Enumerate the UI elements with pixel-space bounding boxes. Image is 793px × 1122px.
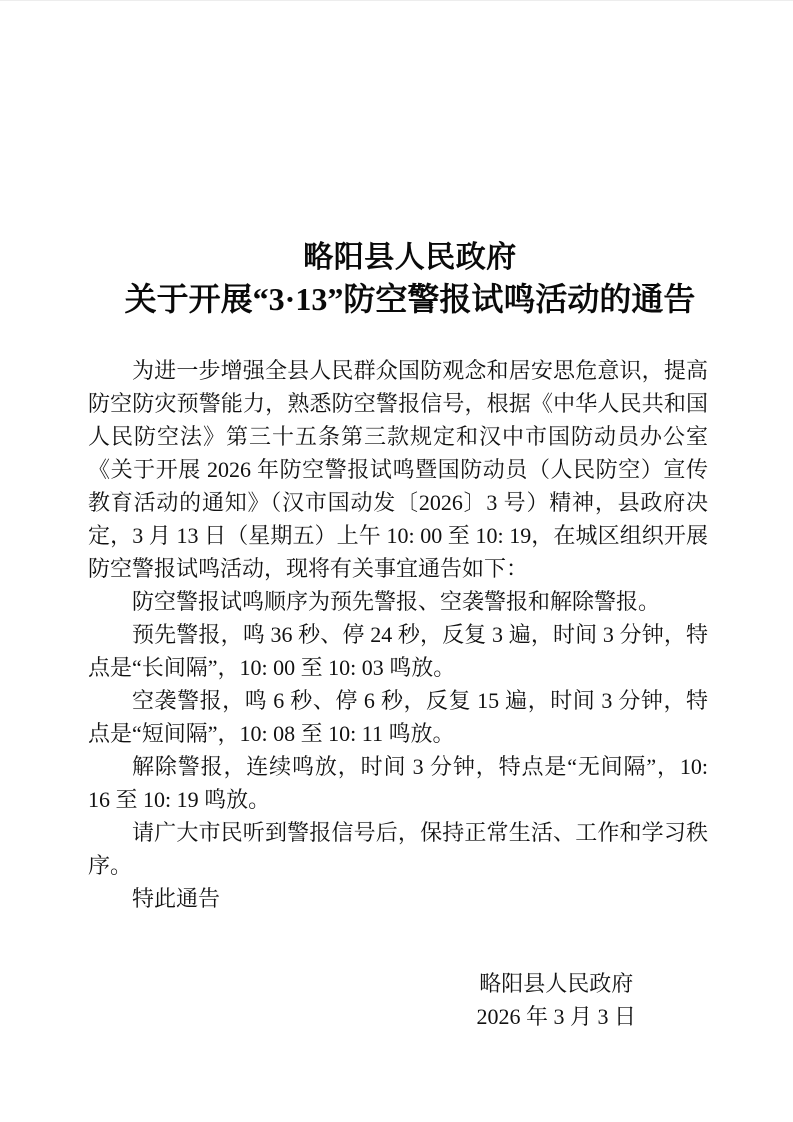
signature-date: 2026 年 3 月 3 日 — [476, 1000, 636, 1033]
document-title-issuer: 略阳县人民政府 — [100, 238, 720, 278]
body-paragraph-intro: 为进一步增强全县人民群众国防观念和居安思危意识，提高防空防灾预警能力，熟悉防空警… — [88, 354, 708, 585]
document-page: 略阳县人民政府 关于开展“3·13”防空警报试鸣活动的通告 为进一步增强全县人民… — [0, 0, 793, 1122]
body-paragraph-pre-alarm: 预先警报，鸣 36 秒、停 24 秒，反复 3 遍，时间 3 分钟，特点是“长间… — [88, 618, 708, 684]
signature-block: 略阳县人民政府 2026 年 3 月 3 日 — [476, 967, 636, 1033]
body-paragraph-closing: 特此通告 — [88, 882, 708, 915]
body-paragraph-public-notice: 请广大市民听到警报信号后，保持正常生活、工作和学习秩序。 — [88, 816, 708, 882]
body-paragraph-all-clear-alarm: 解除警报，连续鸣放，时间 3 分钟，特点是“无间隔”，10: 16 至 10: … — [88, 750, 708, 816]
body-paragraph-sequence: 防空警报试鸣顺序为预先警报、空袭警报和解除警报。 — [88, 585, 708, 618]
body-paragraph-air-raid-alarm: 空袭警报，鸣 6 秒、停 6 秒，反复 15 遍，时间 3 分钟，特点是“短间隔… — [88, 684, 708, 750]
document-content: 略阳县人民政府 关于开展“3·13”防空警报试鸣活动的通告 为进一步增强全县人民… — [88, 1, 708, 1033]
signature-name: 略阳县人民政府 — [476, 967, 636, 1000]
document-body: 为进一步增强全县人民群众国防观念和居安思危意识，提高防空防灾预警能力，熟悉防空警… — [88, 354, 708, 915]
document-title-subject: 关于开展“3·13”防空警报试鸣活动的通告 — [100, 278, 720, 320]
